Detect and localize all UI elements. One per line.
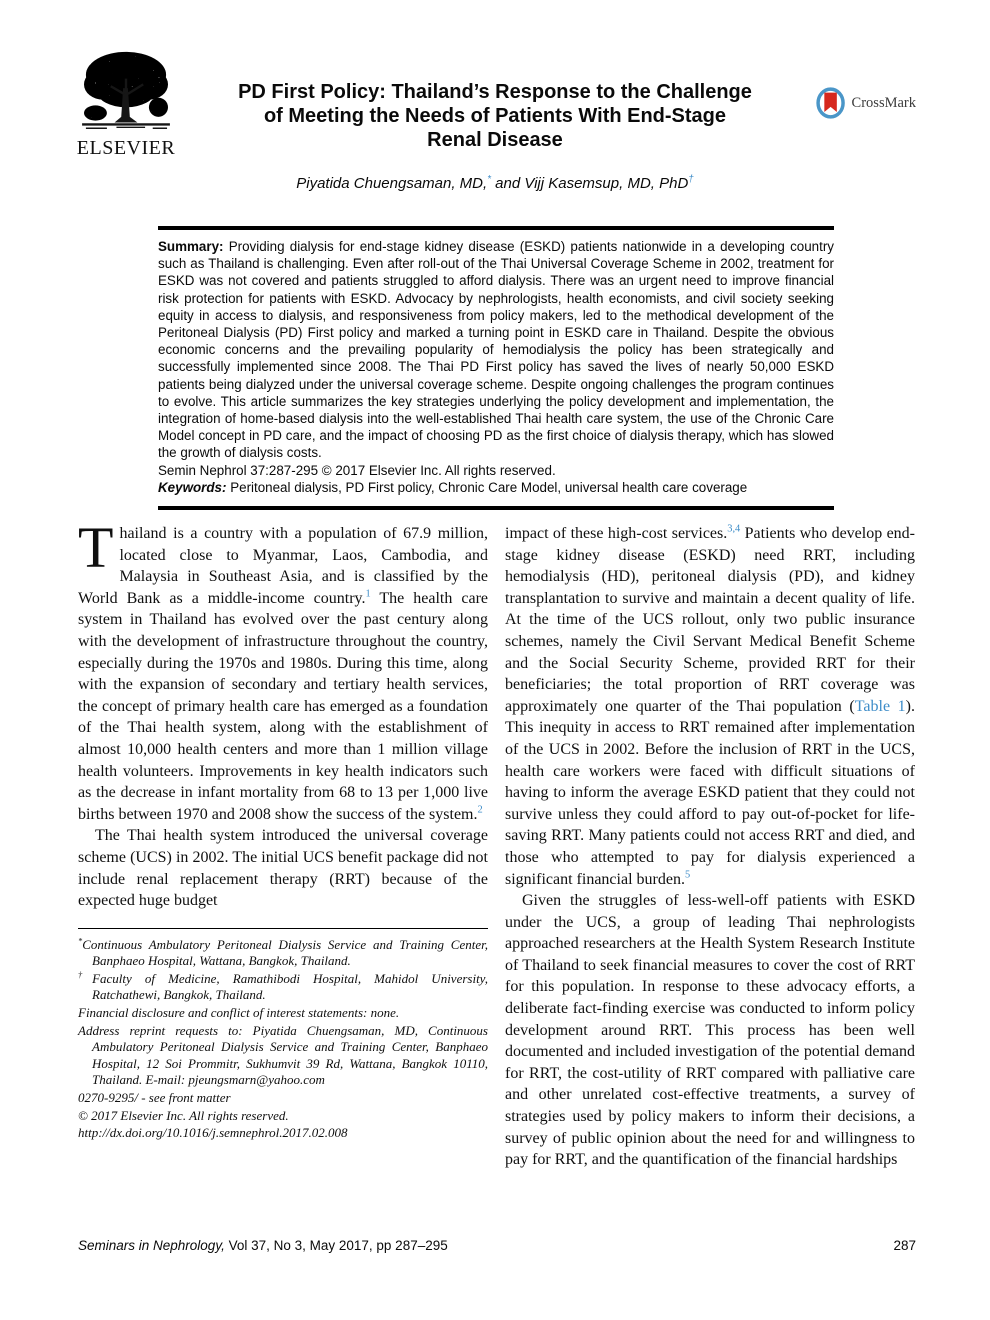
footnote-affiliation-2: †Faculty of Medicine, Ramathibodi Hospit… [78, 971, 488, 1004]
reference-link[interactable]: 3,4 [727, 524, 740, 535]
column-left: Thailand is a country with a population … [78, 523, 488, 1171]
journal-page: ELSEVIER PD First Policy: Thailand’s Res… [0, 0, 990, 1320]
body-paragraph-1: Thailand is a country with a population … [78, 523, 488, 825]
text-segment: http://dx.doi.org/10.1016/j.semnephrol.2… [78, 1125, 348, 1140]
page-footer: Seminars in Nephrology, Vol 37, No 3, Ma… [78, 1238, 916, 1253]
body-paragraph-2: The Thai health system introduced the un… [78, 825, 488, 911]
text-segment: and Vijj Kasemsup, MD, PhD [491, 175, 688, 192]
page-number: 287 [893, 1238, 916, 1253]
crossmark-label: CrossMark [852, 95, 916, 112]
article-title-line-1: PD First Policy: Thailand’s Response to … [78, 80, 912, 104]
text-segment: Keywords: [158, 480, 230, 495]
text-segment: Faculty of Medicine, Ramathibodi Hospita… [92, 971, 488, 1003]
column-right: impact of these high-cost services.3,4 P… [505, 523, 915, 1171]
text-segment: Seminars in Nephrology, [78, 1238, 225, 1253]
footnote-issn: 0270-9295/ - see front matter [78, 1090, 488, 1107]
text-segment: Providing dialysis for end-stage kidney … [158, 239, 834, 460]
article-title-line-2: of Meeting the Needs of Patients With En… [78, 104, 912, 128]
reference-link[interactable]: † [688, 174, 693, 185]
article-title: PD First Policy: Thailand’s Response to … [78, 80, 912, 152]
text-segment: Address reprint requests to: Piyatida Ch… [78, 1023, 488, 1088]
text-segment: Summary: [158, 239, 229, 254]
footnote-marker: † [78, 970, 92, 980]
text-segment: The health care system in Thailand has e… [78, 590, 488, 823]
text-segment: Continuous Ambulatory Peritoneal Dialysi… [82, 937, 488, 969]
crossmark-icon [816, 80, 847, 126]
dropcap: T [78, 523, 119, 571]
journal-citation: Seminars in Nephrology, Vol 37, No 3, Ma… [78, 1238, 448, 1253]
abstract-summary: Summary: Providing dialysis for end-stag… [158, 238, 834, 462]
footnote-disclosure: Financial disclosure and conflict of int… [78, 1005, 488, 1022]
footnote-copyright: © 2017 Elsevier Inc. All rights reserved… [78, 1108, 488, 1125]
reference-link[interactable]: 2 [477, 804, 482, 815]
footnote-affiliation-1: *Continuous Ambulatory Peritoneal Dialys… [78, 937, 488, 970]
footnote-reprint-address: Address reprint requests to: Piyatida Ch… [78, 1023, 488, 1089]
footnotes-block: *Continuous Ambulatory Peritoneal Dialys… [78, 928, 488, 1142]
abstract-citation: Semin Nephrol 37:287-295 © 2017 Elsevier… [158, 462, 834, 479]
body-paragraph-1-text: hailand is a country with a population o… [78, 525, 488, 823]
text-segment: ). This inequity in access to RRT remain… [505, 698, 915, 888]
text-segment: impact of these high-cost services. [505, 525, 727, 542]
text-segment: Financial disclosure and conflict of int… [78, 1005, 399, 1020]
abstract-block: Summary: Providing dialysis for end-stag… [158, 226, 834, 510]
abstract-keywords: Keywords: Peritoneal dialysis, PD First … [158, 479, 834, 496]
text-segment: Vol 37, No 3, May 2017, pp 287–295 [225, 1238, 448, 1253]
inline-link[interactable]: Table 1 [855, 698, 906, 715]
footnote-doi: http://dx.doi.org/10.1016/j.semnephrol.2… [78, 1125, 488, 1142]
author-line: Piyatida Chuengsaman, MD,* and Vijj Kase… [78, 175, 912, 192]
text-segment: Patients who develop end-stage kidney di… [505, 525, 915, 715]
text-segment: 0270-9295/ - see front matter [78, 1090, 231, 1105]
text-segment: Piyatida Chuengsaman, MD, [296, 175, 487, 192]
article-title-line-3: Renal Disease [78, 128, 912, 152]
crossmark-badge[interactable]: CrossMark [816, 78, 916, 128]
body-columns: Thailand is a country with a population … [78, 523, 916, 1171]
reference-link[interactable]: 5 [685, 869, 690, 880]
text-segment: © 2017 Elsevier Inc. All rights reserved… [78, 1108, 289, 1123]
body-paragraph-4: Given the struggles of less-well-off pat… [505, 890, 915, 1171]
body-paragraph-3: impact of these high-cost services.3,4 P… [505, 523, 915, 890]
text-segment: Peritoneal dialysis, PD First policy, Ch… [230, 480, 747, 495]
